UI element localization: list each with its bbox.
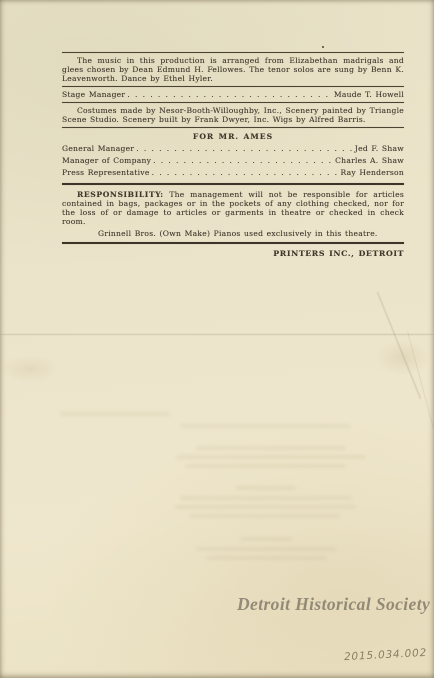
press-representative-credit: Press Representative Ray Henderson <box>62 168 404 177</box>
paper-stain <box>0 355 60 383</box>
responsibility-paragraph: RESPONSIBILITY: The management will not … <box>62 190 404 226</box>
music-note-paragraph: The music in this production is arranged… <box>62 56 404 83</box>
stage-manager-credit: Stage Manager Maude T. Howell <box>62 90 404 99</box>
divider-rule <box>62 86 404 87</box>
credit-value: Maude T. Howell <box>334 90 404 99</box>
company-manager-credit: Manager of Company Charles A. Shaw <box>62 156 404 165</box>
credit-label: Press Representative <box>62 168 150 177</box>
credit-label: Manager of Company <box>62 156 151 165</box>
printed-text-block: The music in this production is arranged… <box>62 52 404 258</box>
divider-rule <box>62 127 404 128</box>
paper-stain <box>375 340 430 375</box>
production-note-paragraph: Costumes made by Nesor-Booth-Willoughby,… <box>62 106 404 124</box>
general-manager-credit: General Manager Jed F. Shaw <box>62 144 404 153</box>
credit-value: Jed F. Shaw <box>355 144 404 153</box>
credit-label: Stage Manager <box>62 90 125 99</box>
piano-note-line: Grinnell Bros. (Own Make) Pianos used ex… <box>62 229 404 238</box>
leader-dots <box>152 168 339 177</box>
accession-number-handwritten: 2015.034.002 <box>344 647 428 663</box>
divider-rule-heavy <box>62 242 404 244</box>
credit-value: Charles A. Shaw <box>335 156 404 165</box>
credit-label: General Manager <box>62 144 134 153</box>
ink-speck <box>322 46 324 48</box>
leader-dots <box>136 144 353 153</box>
credit-value: Ray Henderson <box>340 168 404 177</box>
leader-dots <box>153 156 333 165</box>
divider-rule-top <box>62 52 404 53</box>
divider-rule-heavy <box>62 183 404 185</box>
responsibility-label: RESPONSIBILITY: <box>77 190 164 199</box>
horizontal-fold-crease <box>0 333 434 336</box>
scanned-program-page: The music in this production is arranged… <box>0 0 434 678</box>
for-mr-ames-heading: FOR MR. AMES <box>62 132 404 141</box>
archive-watermark: Detroit Historical Society <box>237 594 430 615</box>
leader-dots <box>127 90 332 99</box>
printer-credit-line: PRINTERS INC., DETROIT <box>62 249 404 258</box>
divider-rule <box>62 102 404 103</box>
